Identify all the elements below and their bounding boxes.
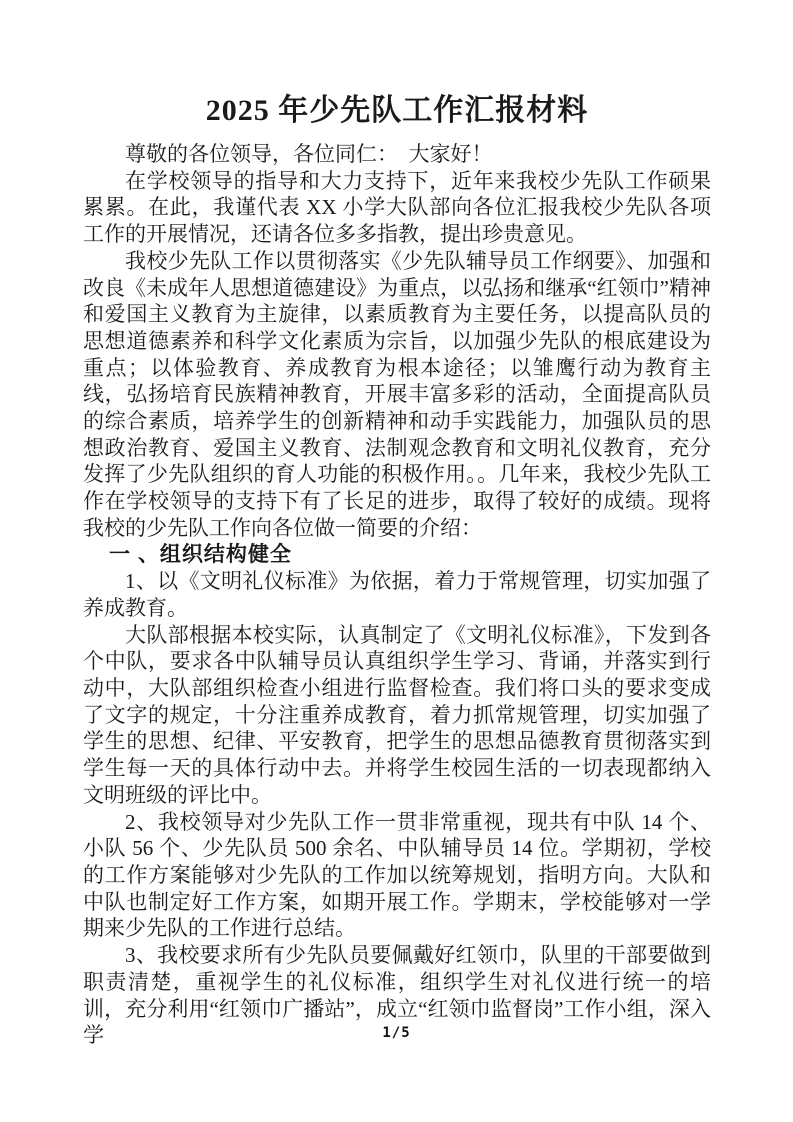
paragraph-greeting: 尊敬的各位领导，各位同仁： 大家好！: [83, 141, 711, 168]
paragraph-overview: 我校少先队工作以贯彻落实《少先队辅导员工作纲要》、加强和改良《未成年人思想道德建…: [83, 248, 711, 542]
paragraph-item-2: 2、我校领导对少先队工作一贯非常重视，现共有中队 14 个、小队 56 个、少先…: [83, 809, 711, 943]
paragraph-intro: 在学校领导的指导和大力支持下，近年来我校少先队工作硕果累累。在此，我谨代表 XX…: [83, 168, 711, 248]
paragraph-item-1: 1、以《文明礼仪标准》为依据，着力于常规管理，切实加强了养成教育。: [83, 568, 711, 621]
document-body: 2025 年少先队工作汇报材料 尊敬的各位领导，各位同仁： 大家好！ 在学校领导…: [83, 94, 711, 1049]
paragraph-item-1-detail: 大队部根据本校实际，认真制定了《文明礼仪标准》，下发到各个中队，要求各中队辅导员…: [83, 622, 711, 809]
page-number: 1/5: [0, 1025, 793, 1041]
document-page: 2025 年少先队工作汇报材料 尊敬的各位领导，各位同仁： 大家好！ 在学校领导…: [0, 0, 793, 1122]
section-heading-organization: 一 、组织结构健全: [83, 542, 711, 569]
document-title: 2025 年少先队工作汇报材料: [83, 94, 711, 128]
